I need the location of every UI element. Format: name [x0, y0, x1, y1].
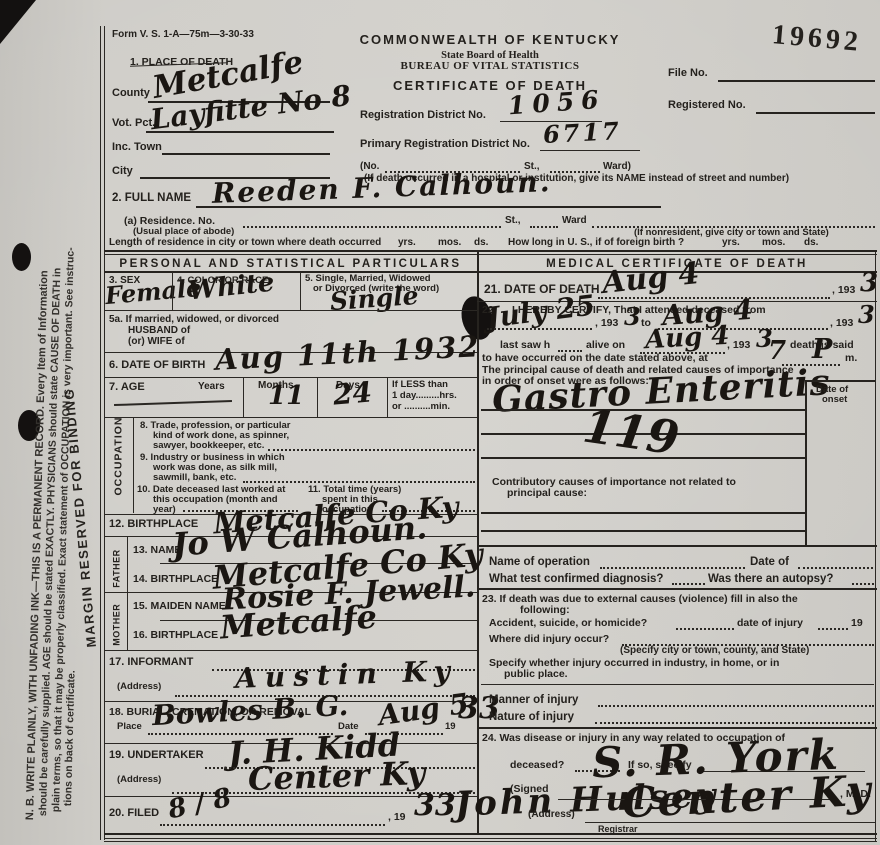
onset-column-rule [805, 380, 807, 545]
less-than-label3: or ..........min. [392, 402, 450, 412]
row-rule [104, 377, 477, 378]
dod-year-printed: , 193 [832, 285, 855, 296]
box-bottom-rule3 [104, 841, 877, 842]
box-top-rule2 [104, 254, 877, 255]
ward-label: Ward) [603, 162, 631, 173]
specify-city-note: (Specify city or town, county, and State… [620, 646, 809, 657]
contributory-label2: principal cause: [507, 488, 587, 499]
occupation-strip-rule [133, 417, 134, 513]
yrs2-label: yrs. [722, 238, 740, 249]
alive-on-value: Aug 4 [644, 325, 730, 353]
undertaker-address-value: Center Ky [248, 759, 426, 794]
alive-on-label: alive on [586, 340, 625, 351]
residence-ward-label: Ward [562, 216, 587, 227]
age-label: 7. AGE [109, 382, 145, 394]
physician-address-label: (Address) [528, 810, 575, 821]
yrs-label: yrs. [398, 238, 416, 249]
residence-dots [243, 226, 501, 228]
meridiem-value: P [812, 338, 832, 362]
length-residence-label: Length of residence in city or town wher… [109, 238, 381, 249]
reg-district-value: 1056 [507, 89, 606, 118]
row-rule [104, 417, 477, 418]
signed-label: (Signed [510, 784, 549, 795]
less-than-label2: 1 day.........hrs. [392, 391, 457, 401]
test-dots [672, 583, 705, 585]
inc-town-line [162, 153, 330, 155]
occ9-label3: sawmill, bank, etc. [153, 473, 236, 483]
cell-divider [172, 272, 173, 310]
bureau-subtitle: BUREAU OF VITAL STATISTICS [320, 61, 660, 73]
how-long-us-label: How long in U. S., if of foreign birth ? [508, 238, 684, 249]
injury-date-dots [818, 628, 848, 630]
undertaker-address-label: (Address) [117, 775, 161, 785]
where-injury-label: Where did injury occur? [489, 634, 609, 645]
age-years-label: Years [198, 382, 225, 393]
injury-year-label: 19 [851, 618, 863, 629]
mos-label: mos. [438, 238, 461, 249]
to-year-value: 3 [858, 304, 875, 326]
m-label: m. [845, 353, 857, 364]
occupation-side-label: OCCUPATION [113, 426, 124, 496]
file-no-label: File No. [668, 68, 708, 80]
operation-dots [600, 567, 745, 569]
parent-strip-divider [104, 592, 127, 593]
married-widowed-label: 5a. If married, widowed, or divorced [109, 315, 279, 326]
city-label: City [112, 166, 133, 178]
filed-label: 20. FILED [109, 808, 159, 820]
mother-side-label: MOTHER [112, 596, 121, 646]
registered-no-label: Registered No. [668, 100, 746, 112]
filed-year-printed: , 19 [388, 812, 406, 823]
primary-reg-value: 6717 [542, 120, 622, 146]
section-rule [477, 545, 877, 547]
last-saw-label: last saw h [500, 340, 550, 351]
age-days-value: 24 [332, 379, 373, 407]
occ8-label3: sawyer, bookkeeper, etc. [153, 441, 264, 451]
filed-dots [160, 824, 385, 826]
hour-value: 7 [768, 340, 786, 363]
to-year-printed: , 193 [830, 318, 853, 329]
alive-year-printed: , 193 [727, 340, 750, 351]
date-of-death-value: Aug 4 [601, 260, 701, 297]
abode-note: (Usual place of abode) [133, 227, 234, 237]
vot-pct-label: Vot. Pct. [112, 118, 155, 130]
box-top-rule [104, 250, 877, 252]
mother-birthplace-label: 16. BIRTHPLACE [133, 630, 218, 641]
husband-of-label: HUSBAND of [128, 326, 190, 337]
informant-label: 17. INFORMANT [109, 657, 193, 669]
certificate-title: CERTIFICATE OF DEATH [320, 79, 660, 93]
burial-place-value: Bowles B. G. [151, 693, 348, 728]
undertaker-label: 19. UNDERTAKER [109, 750, 204, 762]
registered-no-line [756, 112, 875, 114]
less-than-label1: If LESS than [392, 380, 448, 390]
physician-address-line [585, 822, 875, 823]
residence-ward-dots [530, 226, 558, 228]
reg-district-label: Registration District No. [360, 110, 486, 122]
ds-label: ds. [474, 238, 488, 249]
dob-value: Aug 11th 1932 [214, 333, 481, 373]
accident-label: Accident, suicide, or homicide? [489, 618, 647, 629]
personal-section-title: PERSONAL AND STATISTICAL PARTICULARS [104, 258, 477, 270]
cause-flourish-mark: 119 [581, 406, 682, 460]
full-name-label: 2. FULL NAME [112, 192, 191, 204]
section-rule [477, 727, 877, 729]
inc-town-label: Inc. Town [112, 142, 162, 154]
nature-of-injury-label: Nature of injury [489, 711, 574, 723]
dob-label: 6. DATE OF BIRTH [109, 360, 205, 372]
row-rule [481, 684, 874, 685]
attended-from-dots [487, 328, 592, 330]
full-name-line [196, 206, 661, 208]
contributory-line [481, 530, 805, 532]
father-birthplace-label: 14. BIRTHPLACE [133, 574, 218, 585]
manner-dots [598, 705, 874, 707]
cell-divider [243, 377, 244, 417]
accident-dots [676, 628, 734, 630]
operation-date-dots [798, 567, 873, 569]
filed-year-value: 33 [414, 792, 456, 819]
box-bottom-rule2 [104, 838, 877, 839]
from-year-value: 3 [624, 306, 641, 328]
informant-address-value: Austin Ky [235, 658, 459, 691]
mos2-label: mos. [762, 238, 785, 249]
mother-birthplace-value: Metcalfe [219, 603, 378, 643]
occurred-at-label: to have occurred on the date stated abov… [482, 353, 708, 364]
wife-of-label: (or) WIFE of [128, 337, 185, 348]
box-bottom-rule [104, 833, 877, 835]
nature-dots [595, 722, 874, 724]
death-certificate-scan: N. B. WRITE PLAINLY, WITH UNFADING INK—T… [0, 0, 880, 845]
primary-reg-line [540, 150, 640, 151]
onset-box-top-rule [805, 380, 875, 382]
ds2-label: ds. [804, 238, 818, 249]
injury-date-label: date of injury [737, 618, 803, 629]
informant-address-label: (Address) [117, 682, 161, 692]
cell-divider [317, 377, 318, 417]
margin-rule [104, 26, 105, 840]
file-no-line [718, 80, 875, 82]
autopsy-dots [852, 583, 874, 585]
mother-maiden-label: 15. MAIDEN NAME [133, 601, 226, 612]
parent-strip-rule [127, 536, 128, 650]
margin-rule [100, 26, 101, 840]
from-year-printed: , 193 [595, 318, 618, 329]
burial-place-label: Place [117, 722, 142, 732]
age-years-mark [114, 400, 232, 406]
burial-year-printed: 19 [445, 722, 456, 732]
county-label: County [112, 88, 150, 100]
what-test-label: What test confirmed diagnosis? [489, 573, 663, 585]
operation-date-label: Date of [750, 556, 789, 568]
manner-of-injury-label: Manner of injury [489, 694, 578, 706]
serial-number-stamp: 19692 [771, 20, 863, 57]
age-months-value: 11 [268, 385, 304, 408]
row-rule [104, 650, 477, 651]
name-of-operation-label: Name of operation [489, 556, 590, 568]
row-rule [104, 310, 477, 311]
autopsy-label: Was there an autopsy? [708, 573, 833, 585]
ink-blot [12, 243, 31, 271]
commonwealth-title: COMMONWEALTH OF KENTUCKY [320, 33, 660, 47]
form-number: Form V. S. 1-A—75m—3-30-33 [112, 30, 254, 41]
attended-from-value: July 25 [485, 292, 596, 330]
external-causes-label2: following: [520, 605, 570, 616]
residence-st-label: St., [505, 216, 521, 227]
onset-label2: onset [822, 395, 847, 405]
occ9-dots [243, 481, 475, 483]
contributory-line [481, 512, 805, 514]
cell-divider [387, 377, 388, 417]
deceased-label: deceased? [510, 760, 564, 771]
dod-year-value: 3 [860, 272, 878, 295]
vot-pct-line [146, 131, 334, 133]
burial-date-value: Aug 5 [377, 691, 471, 729]
physician-address-value: Center Ky [621, 771, 873, 822]
scan-corner-artifact [0, 0, 36, 44]
full-name-value: Reeden F. Calhoun. [212, 169, 552, 206]
occ8-dots [268, 449, 475, 451]
cell-divider [300, 272, 301, 310]
color-race-value: White [187, 272, 276, 304]
margin-note-line4: tions on back of certificate. [62, 670, 78, 806]
section-rule [477, 588, 877, 590]
father-side-label: FATHER [112, 538, 121, 588]
primary-reg-label: Primary Registration District No. [360, 139, 530, 151]
specify-industry-label2: public place. [504, 669, 568, 680]
